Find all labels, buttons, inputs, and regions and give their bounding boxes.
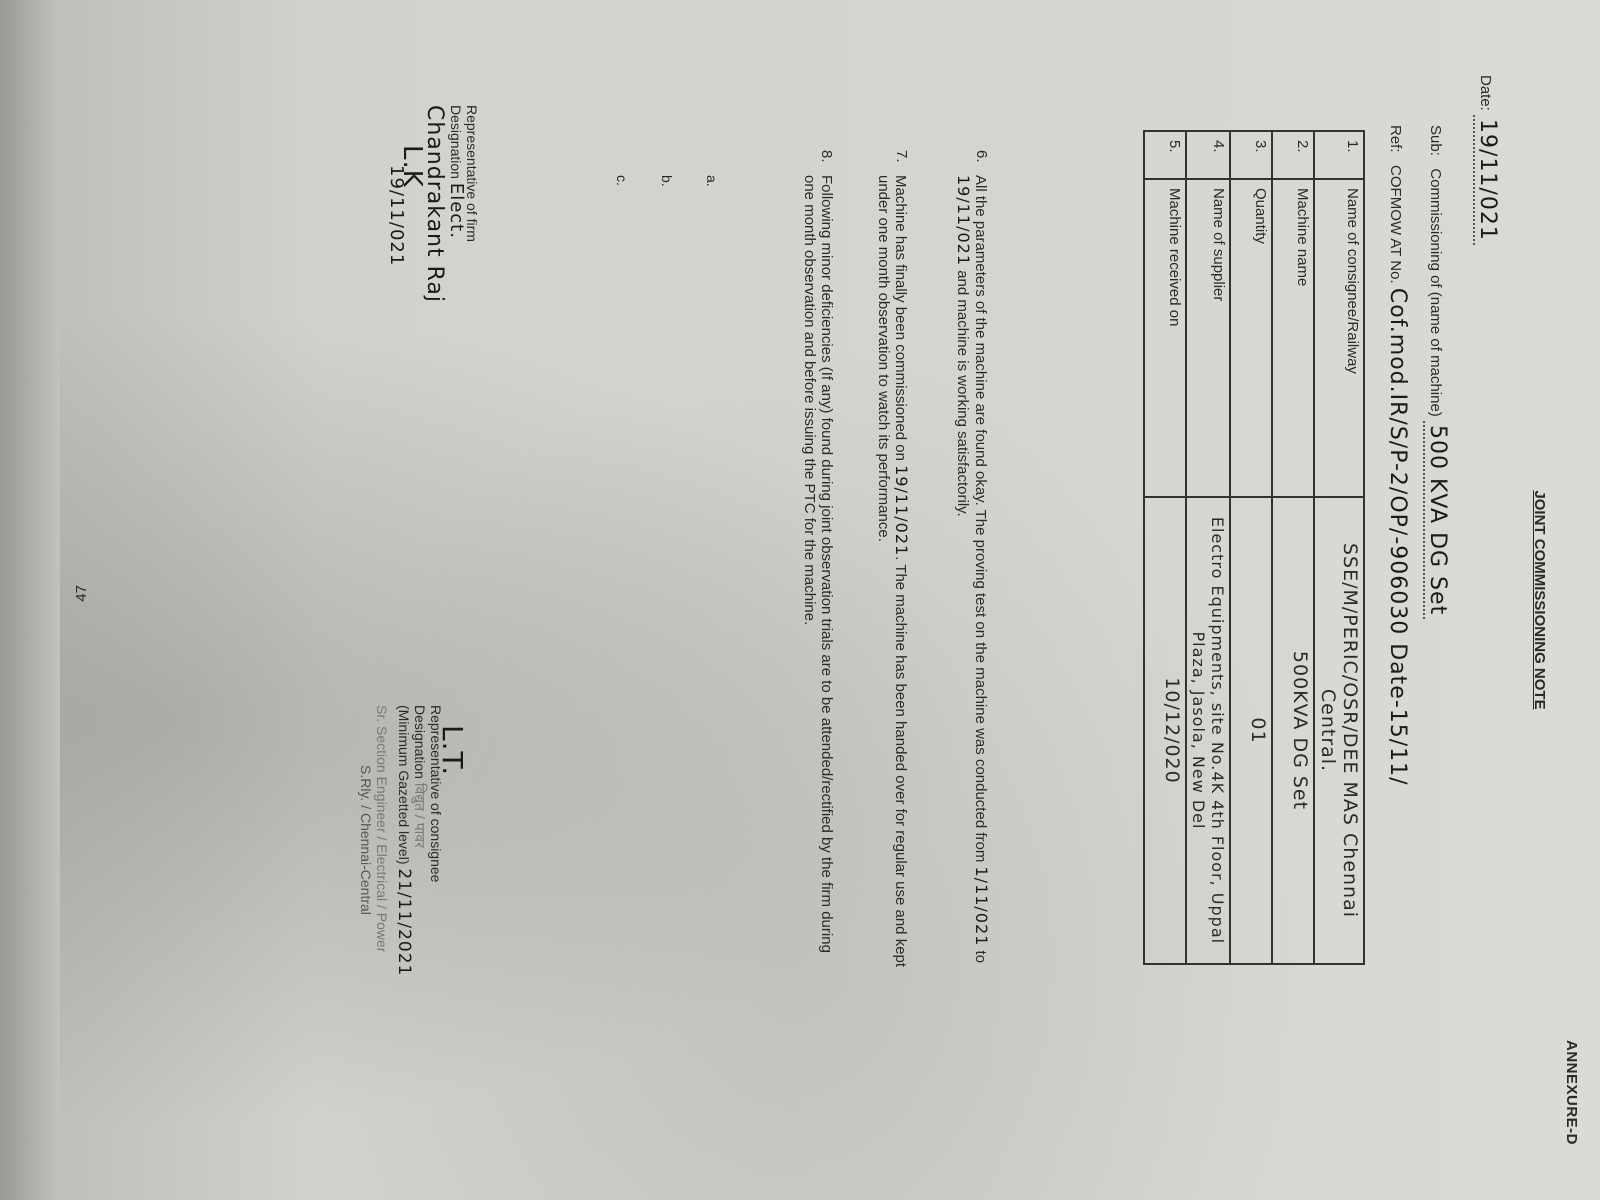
- subject-line: Sub: Commissioning of (name of machine) …: [1423, 125, 1450, 619]
- deficiency-item-a: a.: [704, 175, 720, 187]
- consignee-initials: L.T.: [444, 725, 460, 976]
- table-row: 1. Name of consignee/Railway SSE/M/PERIC…: [1314, 131, 1364, 964]
- paragraph-8: 8. Following minor deficiencies (If any)…: [801, 175, 835, 975]
- document-page: ANNEXURE-D JOINT COMMISSIONING NOTE Date…: [40, 15, 1600, 1185]
- table-row: 2. Machine name 500KVA DG Set: [1272, 131, 1314, 964]
- consignee-signature: L.T. Representative of consignee Designa…: [358, 705, 460, 976]
- table-row: 5. Machine received on 10/12/020: [1144, 131, 1186, 964]
- firm-signature-block: Representative of firm Designation Elect…: [388, 105, 480, 303]
- ref-text: COFMOW AT No.: [1387, 165, 1404, 284]
- ref-value: Cof.mod.IR/S/P-2/OP/-906030 Date-15/11/: [1385, 288, 1410, 786]
- official-stamp-line2: S.Rly. / Chennai-Central: [358, 765, 374, 976]
- page-title: JOINT COMMISSIONING NOTE: [1530, 15, 1548, 1185]
- table-row: 4. Name of supplier Electro Equipments, …: [1186, 131, 1230, 964]
- sub-text: Commissioning of (name of machine): [1427, 168, 1444, 416]
- ref-label: Ref:: [1387, 125, 1404, 153]
- paragraph-7: 7. Machine has finally been commissioned…: [875, 175, 910, 975]
- annexure-label: ANNEXURE-D: [1563, 1040, 1580, 1145]
- firm-sign-date: 19/11/021: [388, 165, 404, 303]
- table-row: 3. Quantity 01: [1230, 131, 1272, 964]
- date-line: Date: 19/11/021: [1473, 75, 1500, 245]
- official-stamp-line1: Sr. Section Engineer / Electrical / Powe…: [374, 705, 390, 976]
- sub-value: 500 KVA DG Set: [1423, 421, 1450, 619]
- firm-rep-name: Chandrakant Raj: [426, 105, 442, 303]
- sub-label: Sub:: [1427, 125, 1444, 156]
- deficiency-item-b: b.: [659, 175, 675, 187]
- date-label: Date:: [1477, 75, 1494, 111]
- deficiency-item-c: c.: [614, 175, 630, 186]
- page-number: 47: [73, 585, 90, 602]
- paragraph-6: 6. All the parameters of the machine are…: [954, 175, 990, 975]
- machine-details-table: 1. Name of consignee/Railway SSE/M/PERIC…: [1143, 130, 1365, 965]
- date-value: 19/11/021: [1473, 115, 1500, 245]
- reference-line: Ref: COFMOW AT No. Cof.mod.IR/S/P-2/OP/-…: [1385, 125, 1410, 786]
- consignee-sign-date: 21/11/2021: [394, 868, 414, 976]
